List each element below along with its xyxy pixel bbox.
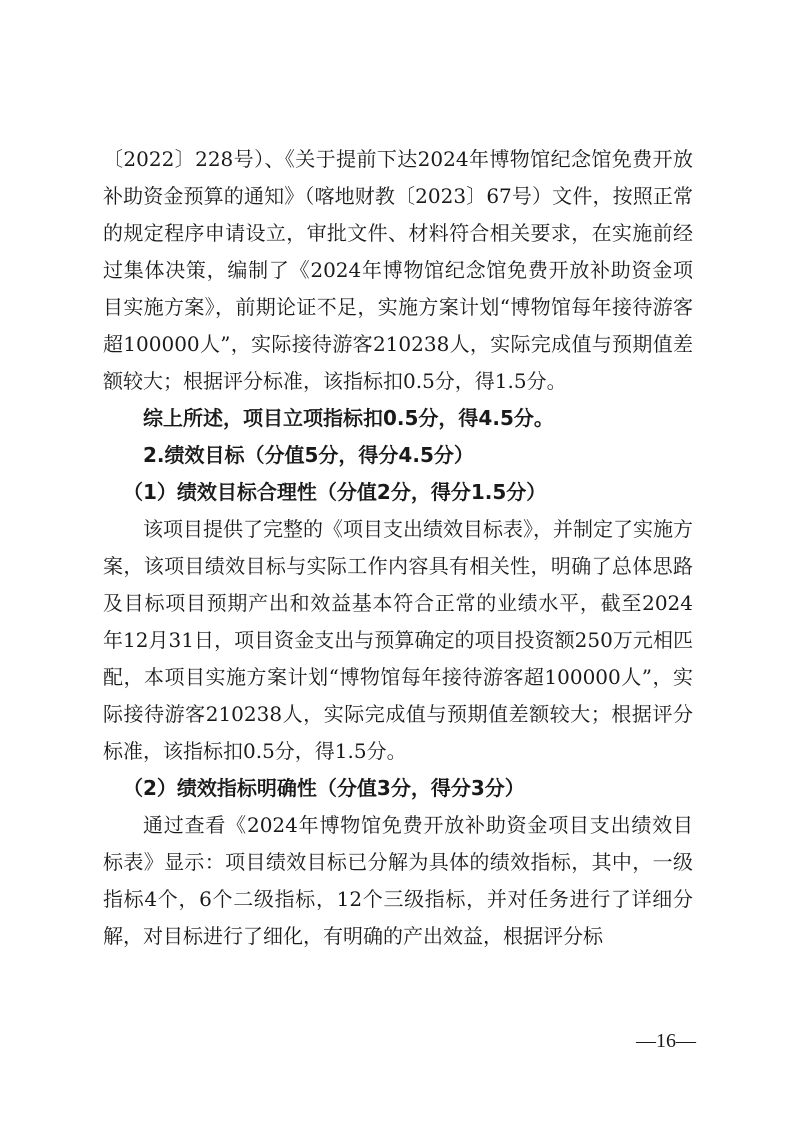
paragraph-project-approval-continued: 〔2022〕228号）、《关于提前下达2024年博物馆纪念馆免费开放补助资金预算…: [103, 141, 693, 400]
paragraph-indicator-clarity: 通过查看《2024年博物馆免费开放补助资金项目支出绩效目标表》显示：项目绩效目标…: [103, 807, 693, 955]
paragraph-goal-reasonableness: 该项目提供了完整的《项目支出绩效目标表》，并制定了实施方案，该项目绩效目标与实际…: [103, 511, 693, 770]
subheading-goal-reasonableness: （1）绩效目标合理性（分值2分，得分1.5分）: [103, 474, 693, 511]
section-heading-performance-goals: 2.绩效目标（分值5分，得分4.5分）: [103, 437, 693, 474]
document-body: 〔2022〕228号）、《关于提前下达2024年博物馆纪念馆免费开放补助资金预算…: [103, 141, 693, 955]
summary-project-approval: 综上所述，项目立项指标扣0.5分，得4.5分。: [103, 400, 693, 437]
page-number: —16—: [636, 1030, 696, 1053]
subheading-indicator-clarity: （2）绩效指标明确性（分值3分，得分3分）: [103, 770, 693, 807]
document-page: 〔2022〕228号）、《关于提前下达2024年博物馆纪念馆免费开放补助资金预算…: [0, 0, 793, 1122]
